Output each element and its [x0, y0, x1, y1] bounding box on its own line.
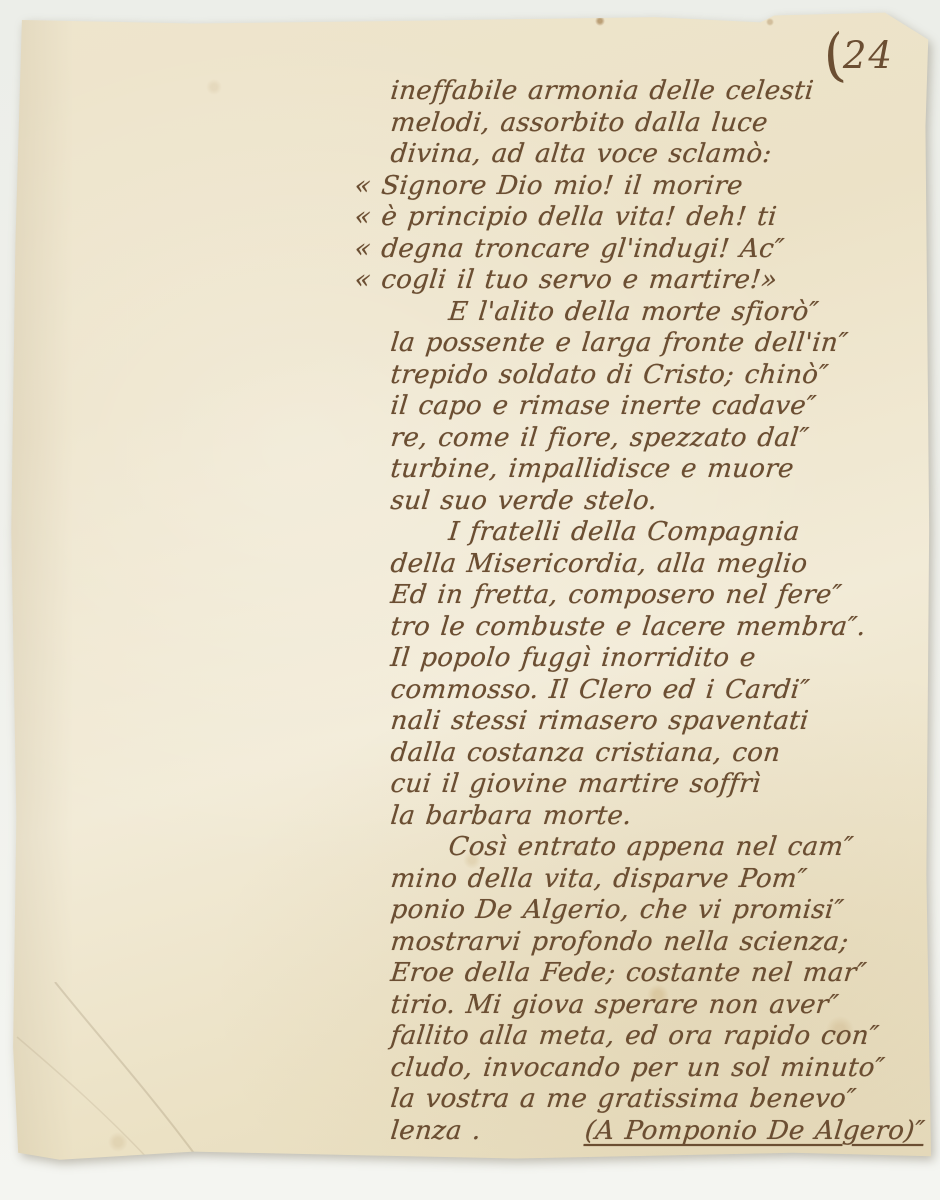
manuscript-line: re, come il fiore, spezzato dal″	[389, 423, 928, 455]
manuscript-line: turbine, impallidisce e muore	[389, 454, 928, 486]
manuscript-line: divina, ad alta voce sclamò:	[389, 139, 928, 171]
manuscript-line-paragraph-start: I fratelli della Compagnia	[389, 517, 928, 549]
manuscript-line: ponio De Algerio, che vi promisi″	[389, 895, 928, 927]
manuscript-line-paragraph-start: Così entrato appena nel cam″	[389, 832, 928, 864]
manuscript-line: ineffabile armonia delle celesti	[389, 76, 928, 108]
manuscript-page: (24 ineffabile armonia delle celesti mel…	[9, 12, 931, 1162]
manuscript-line: mostrarvi profondo nella scienza;	[389, 927, 928, 959]
manuscript-line: Il popolo fuggì inorridito e	[389, 643, 928, 675]
manuscript-line-paragraph-start: E l'alito della morte sfiorò″	[389, 297, 928, 329]
manuscript-line: trepido soldato di Cristo; chinò″	[389, 360, 928, 392]
manuscript-line: della Misericordia, alla meglio	[389, 549, 928, 581]
manuscript-text: ineffabile armonia delle celesti melodi,…	[389, 76, 925, 1147]
signature: (A Pomponio De Algero)″	[583, 1116, 928, 1148]
page-number-value: 24	[843, 34, 894, 77]
manuscript-line: il capo e rimase inerte cadave″	[389, 391, 928, 423]
manuscript-page-shadow: (24 ineffabile armonia delle celesti mel…	[9, 12, 931, 1162]
manuscript-line: fallito alla meta, ed ora rapido con″	[389, 1021, 928, 1053]
manuscript-line: tirio. Mi giova sperare non aver″	[389, 990, 928, 1022]
photo-background: (24 ineffabile armonia delle celesti mel…	[0, 0, 940, 1200]
page-number: (24	[821, 30, 894, 77]
manuscript-line: la vostra a me gratissima benevo″	[389, 1084, 928, 1116]
paper-crease	[9, 982, 249, 1162]
manuscript-line: cui il giovine martire soffrì	[389, 769, 928, 801]
closing-word: lenza .	[389, 1116, 483, 1148]
manuscript-line: tro le combuste e lacere membra″.	[389, 612, 928, 644]
manuscript-line-quoted: « è principio della vita! deh! ti	[389, 202, 928, 234]
manuscript-line: nali stessi rimasero spaventati	[389, 706, 928, 738]
manuscript-line: Ed in fretta, composero nel fere″	[389, 580, 928, 612]
manuscript-line-closing: lenza . (A Pomponio De Algero)″	[389, 1116, 928, 1148]
manuscript-line: cludo, invocando per un sol minuto″	[389, 1053, 928, 1085]
manuscript-line: mino della vita, disparve Pom″	[389, 864, 928, 896]
manuscript-line: la possente e larga fronte dell'in″	[389, 328, 928, 360]
manuscript-line: la barbara morte.	[389, 801, 928, 833]
manuscript-line: melodi, assorbito dalla luce	[389, 108, 928, 140]
manuscript-line-quoted: « degna troncare gl'indugi! Ac″	[389, 234, 928, 266]
manuscript-line: Eroe della Fede; costante nel mar″	[389, 958, 928, 990]
manuscript-line: commosso. Il Clero ed i Cardi″	[389, 675, 928, 707]
manuscript-line-quoted: « cogli il tuo servo e martire!»	[389, 265, 928, 297]
manuscript-line: dalla costanza cristiana, con	[389, 738, 928, 770]
manuscript-line: sul suo verde stelo.	[389, 486, 928, 518]
manuscript-line-quoted: « Signore Dio mio! il morire	[389, 171, 928, 203]
